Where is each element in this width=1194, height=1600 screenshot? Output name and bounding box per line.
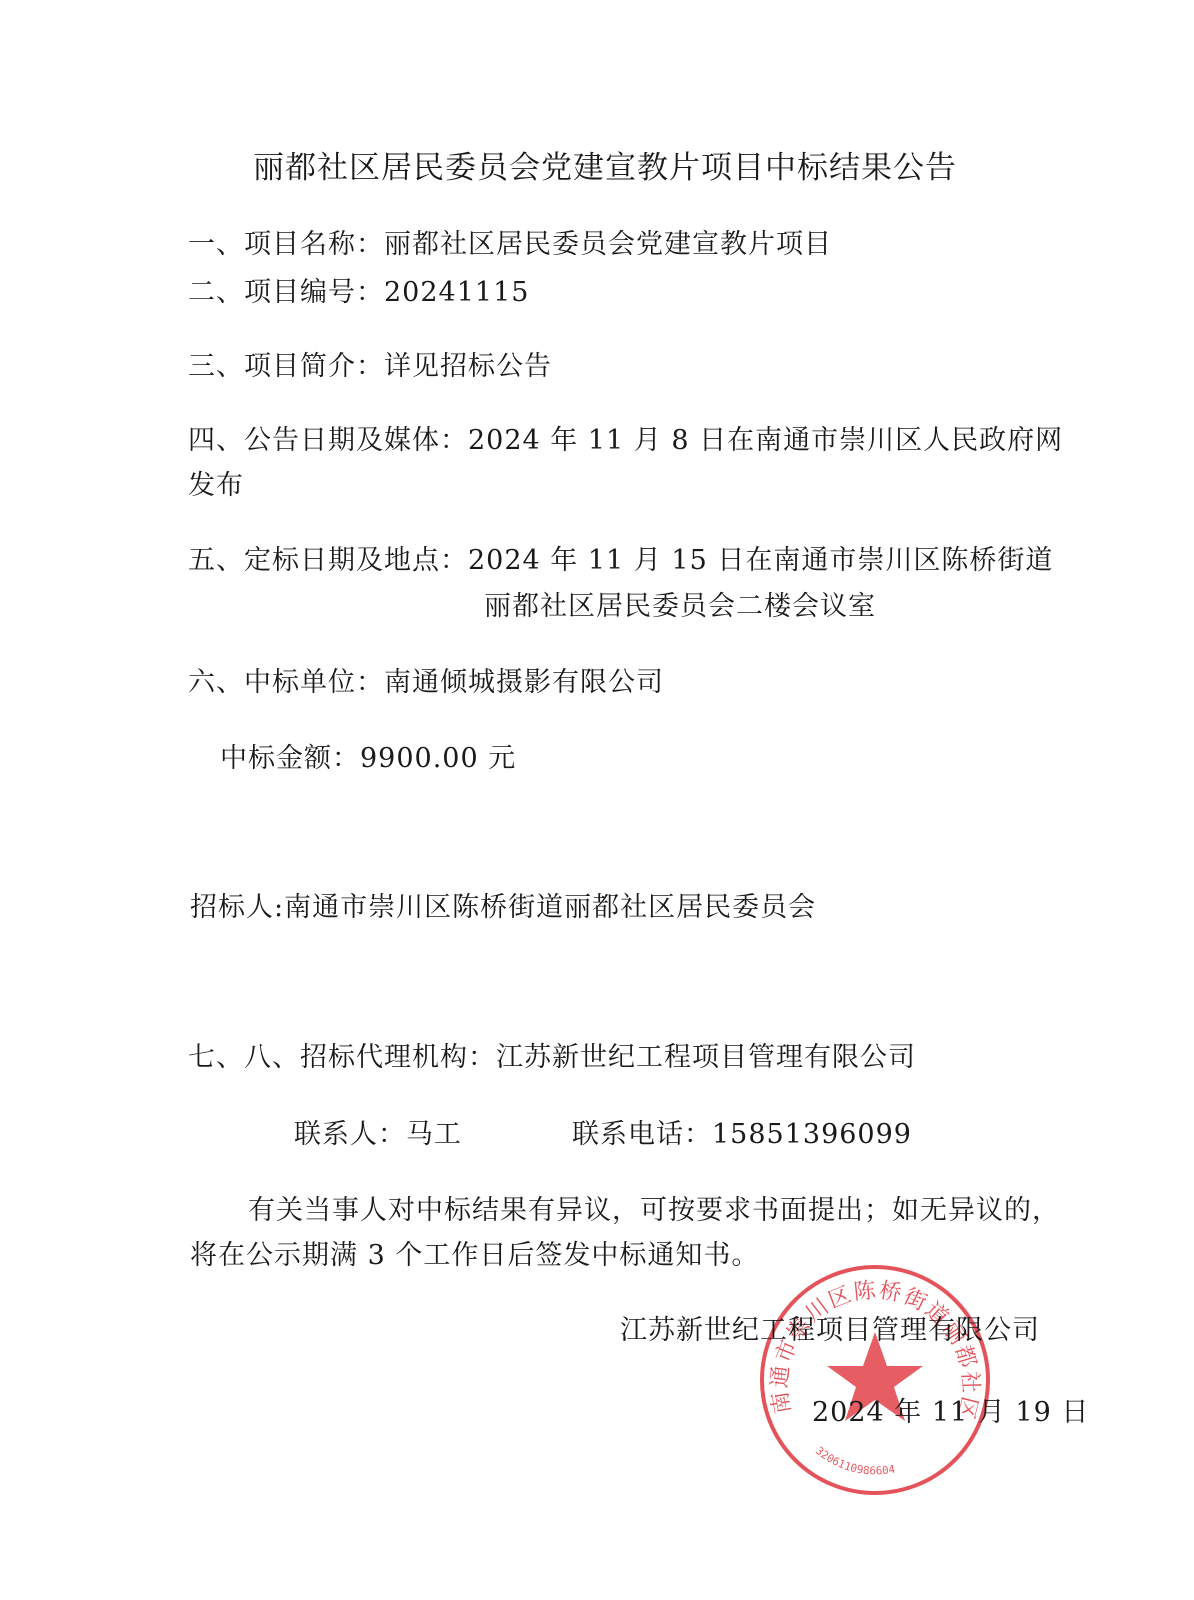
contact-phone: 联系电话：15851396099 (572, 1112, 912, 1151)
bid-amount: 中标金额：9900.00 元 (220, 736, 516, 775)
signature-date: 2024 年 11 月 19 日 (812, 1390, 1089, 1429)
contact-person-label: 联系人： (294, 1119, 406, 1150)
item-award-date: 五、定标日期及地点：2024 年 11 月 15 日在南通市崇川区陈桥街道 (188, 538, 1053, 577)
agency: 七、八、招标代理机构：江苏新世纪工程项目管理有限公司 (188, 1035, 916, 1074)
tenderer-value: 南通市崇川区陈桥街道丽都社区居民委员会 (284, 892, 816, 923)
tenderer: 招标人:南通市崇川区陈桥街道丽都社区居民委员会 (190, 885, 816, 924)
item-value: 详见招标公告 (384, 351, 552, 382)
item-label: 五、定标日期及地点： (188, 545, 468, 576)
item-label: 四、公告日期及媒体： (188, 425, 468, 456)
notice-line-1: 有关当事人对中标结果有异议，可按要求书面提出；如无异议的， (248, 1188, 1060, 1227)
item-value: 南通倾城摄影有限公司 (384, 667, 664, 698)
item-project-summary: 三、项目简介：详见招标公告 (188, 344, 552, 383)
svg-text:3206110986604: 3206110986604 (813, 1444, 897, 1477)
contact-person: 联系人：马工 (294, 1112, 462, 1151)
item-label: 一、项目名称： (188, 229, 384, 260)
item-project-number: 二、项目编号：20241115 (188, 270, 529, 309)
item-award-date-cont: 丽都社区居民委员会二楼会议室 (484, 584, 876, 623)
bid-amount-label: 中标金额： (220, 743, 360, 774)
contact-phone-label: 联系电话： (572, 1119, 712, 1150)
item-project-name: 一、项目名称：丽都社区居民委员会党建宣教片项目 (188, 222, 832, 261)
item-value: 2024 年 11 月 8 日在南通市崇川区人民政府网 (468, 425, 1063, 456)
contact-phone-value: 15851396099 (712, 1119, 912, 1150)
signature-company: 江苏新世纪工程项目管理有限公司 (620, 1308, 1040, 1347)
item-label: 三、项目简介： (188, 351, 384, 382)
item-value: 丽都社区居民委员会党建宣教片项目 (384, 229, 832, 260)
item-value: 2024 年 11 月 15 日在南通市崇川区陈桥街道 (468, 545, 1053, 576)
notice-line-2: 将在公示期满 3 个工作日后签发中标通知书。 (190, 1233, 759, 1272)
item-value: 20241115 (384, 277, 529, 308)
item-winning-bidder: 六、中标单位：南通倾城摄影有限公司 (188, 660, 664, 699)
tenderer-label: 招标人: (190, 892, 284, 923)
agency-value: 江苏新世纪工程项目管理有限公司 (496, 1042, 916, 1073)
item-announcement-date: 四、公告日期及媒体：2024 年 11 月 8 日在南通市崇川区人民政府网 (188, 418, 1063, 457)
item-label: 二、项目编号： (188, 277, 384, 308)
stamp-number: 3206110986604 (813, 1444, 897, 1477)
official-seal-stamp: 南通市崇川区陈桥街道丽都社区居民委员会 3206110986604 (757, 1262, 993, 1498)
agency-label: 七、八、招标代理机构： (188, 1042, 496, 1073)
document-title: 丽都社区居民委员会党建宣教片项目中标结果公告 (253, 142, 957, 187)
bid-amount-value: 9900.00 元 (360, 743, 516, 774)
item-label: 六、中标单位： (188, 667, 384, 698)
contact-person-value: 马工 (406, 1119, 462, 1150)
item-announcement-date-cont: 发布 (188, 463, 244, 502)
